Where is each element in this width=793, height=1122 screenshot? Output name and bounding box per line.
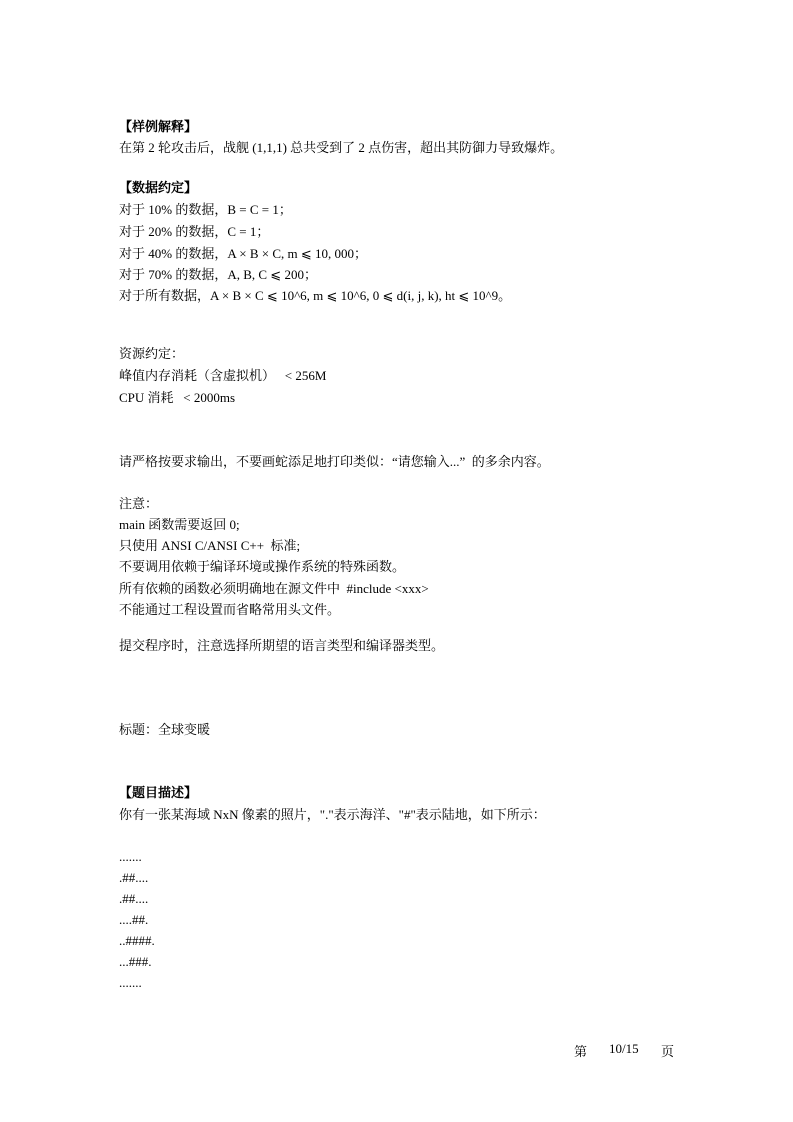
note-line: 只使用 ANSI C/ANSI C++ 标准; [119, 538, 300, 554]
data-constraint-line: 对于所有数据，A × B × C ⩽ 10^6, m ⩽ 10^6, 0 ⩽ d… [119, 288, 511, 304]
resource-constraint-line: CPU 消耗 < 2000ms [119, 390, 235, 406]
problem-description: 你有一张某海域 NxN 像素的照片，"."表示海洋、"#"表示陆地，如下所示： [119, 807, 546, 823]
problem-title: 标题：全球变暖 [119, 722, 210, 738]
note-line: main 函数需要返回 0; [119, 517, 240, 533]
data-constraints-heading: 【数据约定】 [119, 180, 197, 196]
grid-row: ....... [119, 849, 142, 865]
problem-description-heading: 【题目描述】 [119, 785, 197, 801]
grid-row: .##.... [119, 870, 148, 886]
page-number: 10/15 [609, 1041, 639, 1057]
resource-constraints-heading: 资源约定： [119, 346, 184, 362]
data-constraint-line: 对于 70% 的数据，A, B, C ⩽ 200； [119, 267, 317, 283]
data-constraint-line: 对于 10% 的数据，B = C = 1； [119, 202, 292, 218]
note-line: 不要调用依赖于编译环境或操作系统的特殊函数。 [119, 559, 405, 575]
note-line: 不能通过工程设置而省略常用头文件。 [119, 602, 340, 618]
grid-row: ....##. [119, 912, 148, 928]
submit-notice: 提交程序时，注意选择所期望的语言类型和编译器类型。 [119, 638, 444, 654]
resource-constraint-line: 峰值内存消耗（含虚拟机） < 256M [119, 368, 326, 384]
grid-row: ...###. [119, 954, 152, 970]
data-constraint-line: 对于 20% 的数据，C = 1； [119, 224, 269, 240]
grid-row: ....... [119, 975, 142, 991]
sample-explanation-heading: 【样例解释】 [119, 119, 197, 135]
note-line: 所有依赖的函数必须明确地在源文件中 #include <xxx> [119, 581, 429, 597]
grid-row: ..####. [119, 933, 155, 949]
grid-row: .##.... [119, 891, 148, 907]
page-suffix: 页 [661, 1041, 674, 1060]
data-constraint-line: 对于 40% 的数据，A × B × C, m ⩽ 10, 000； [119, 246, 367, 262]
notes-heading: 注意： [119, 496, 158, 512]
sample-explanation-text: 在第 2 轮攻击后，战舰 (1,1,1) 总共受到了 2 点伤害，超出其防御力导… [119, 140, 563, 156]
page-prefix: 第 [574, 1041, 587, 1060]
output-notice: 请严格按要求输出，不要画蛇添足地打印类似：“请您输入...” 的多余内容。 [119, 454, 550, 470]
